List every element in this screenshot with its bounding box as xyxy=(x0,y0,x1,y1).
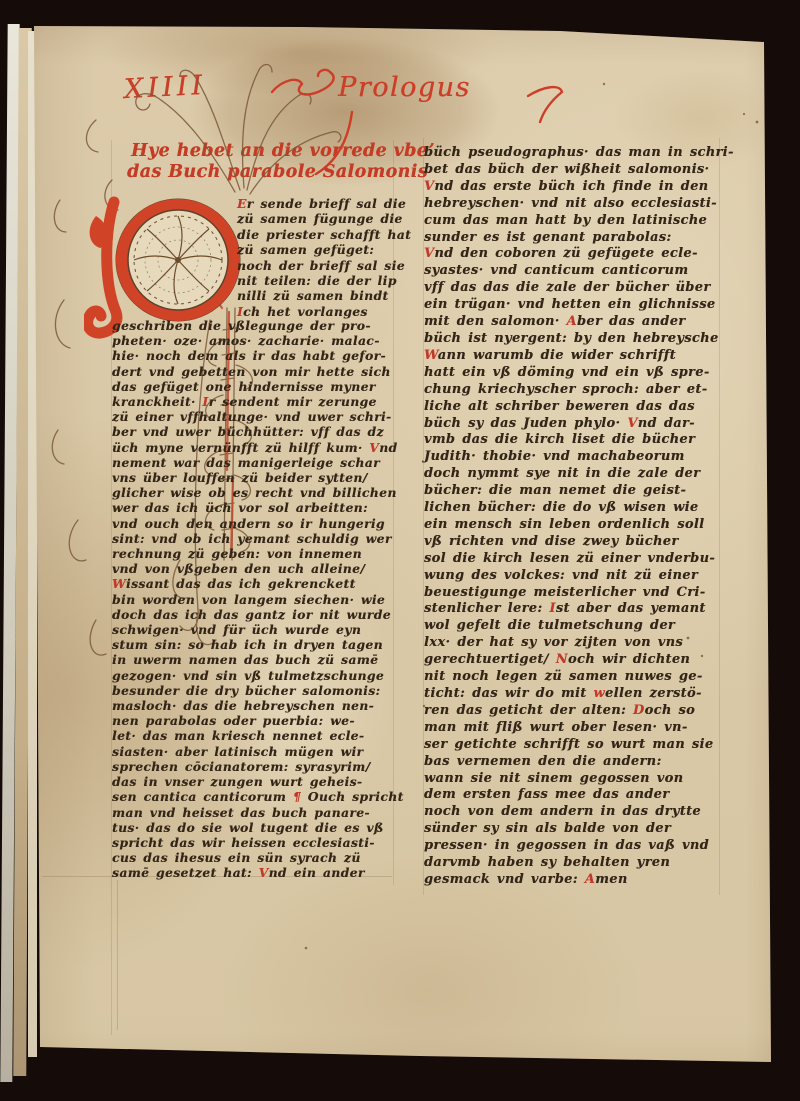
text-line: let· das man kriesch nennet ecle- xyxy=(112,728,394,743)
text-line: Er sende brieff sal die xyxy=(237,196,393,211)
text-line: darvmb haben sy behalten yren xyxy=(424,855,718,872)
text-line: das gefüget one hindernisse myner xyxy=(112,379,394,394)
text-line: Vnd den coboren zü gefügete ecle- xyxy=(424,246,718,263)
rubric-line-2: das Buch parabole Salomonis xyxy=(127,162,428,182)
text-line: nit teilen: die der lip xyxy=(237,273,393,288)
text-line: samē gesetzet hat: Vnd ein ander xyxy=(112,865,394,880)
text-line: man mit fliß wurt ober lesen· vn- xyxy=(424,720,718,737)
text-line: masloch· das die hebreyschen nen- xyxy=(112,698,394,713)
left-column-indented-text: Er sende brieff sal diezü samen fügunge … xyxy=(237,196,393,319)
text-line: zü einer vffhaltunge· vnd uwer schri- xyxy=(112,409,394,424)
photo-background: XIIII Prologus Hye hebet an die vorrede … xyxy=(0,0,800,1101)
text-line: hebreyschen· vnd nit also ecclesiasti- xyxy=(424,196,718,213)
text-line: sunder es ist genant parabolas: xyxy=(424,230,718,247)
text-line: nit noch legen zü samen nuwes ge- xyxy=(424,669,718,686)
text-line: sol die kirch lesen zü einer vnderbu- xyxy=(424,551,718,568)
text-line: nement war das manigerleige schar xyxy=(112,455,394,470)
text-line: büch ist nyergent: by den hebreysche xyxy=(424,331,718,348)
text-line: ser getichte schrifft so wurt man sie xyxy=(424,737,718,754)
text-line: vns über louffen zü beider sytten/ xyxy=(112,470,394,485)
text-line: noch der brieff sal sie xyxy=(237,258,393,273)
text-line: Wann warumb die wider schrifft xyxy=(424,348,718,365)
text-line: man vnd heisset das buch panare- xyxy=(112,805,394,820)
text-line: wann sie nit sinem gegossen von xyxy=(424,771,718,788)
text-line: ein trügan· vnd hetten ein glichnisse xyxy=(424,297,718,314)
page-title: Prologus xyxy=(338,72,471,103)
text-line: ber vnd uwer büchhütter: vff das dz xyxy=(112,424,394,439)
text-line: vnd ouch den andern so ir hungerig xyxy=(112,516,394,531)
text-line: liche alt schriber beweren das das xyxy=(424,399,718,416)
text-line: spricht das wir heissen ecclesiasti- xyxy=(112,835,394,850)
text-line: das in vnser zungen wurt geheis- xyxy=(112,774,394,789)
text-line: vmb das die kirch liset die bücher xyxy=(424,432,718,449)
text-line: stenlicher lere: Ist aber das yemant xyxy=(424,601,718,618)
text-line: pressen· in gegossen in das vaß vnd xyxy=(424,838,718,855)
text-line: stum sin: so hab ich in dryen tagen xyxy=(112,637,394,652)
text-line: vff das das die zale der bücher über xyxy=(424,280,718,297)
text-line: hatt ein vß döming vnd ein vß spre- xyxy=(424,365,718,382)
text-line: hie· noch dem als ir das habt gefor- xyxy=(112,348,394,363)
text-line: ren das geticht der alten: Doch so xyxy=(424,703,718,720)
text-line: vnd von vßgeben den uch alleine/ xyxy=(112,561,394,576)
text-line: bet das büch der wißheit salomonis· xyxy=(424,162,718,179)
text-line: bin worden von langem siechen· wie xyxy=(112,592,394,607)
right-column-text: büch pseudographus· das man in schri-bet… xyxy=(424,145,718,889)
text-line: zü samen gefüget: xyxy=(237,242,393,257)
text-line: zü samen fügunge die xyxy=(237,211,393,226)
text-line: bas vernemen den die andern: xyxy=(424,754,718,771)
text-line: dem ersten fass mee das ander xyxy=(424,787,718,804)
ruling-line xyxy=(117,880,118,1030)
text-line: wung des volckes: vnd nit zü einer xyxy=(424,568,718,585)
text-line: sen cantica canticorum ¶ Ouch spricht xyxy=(112,789,394,804)
text-line: büch pseudographus· das man in schri- xyxy=(424,145,718,162)
rubric-line-1: Hye hebet an die vorrede vbeʼ xyxy=(131,141,435,161)
text-line: kranckheit· Ir sendent mir zerunge xyxy=(112,394,394,409)
text-line: sint: vnd ob ich yemant schuldig wer xyxy=(112,531,394,546)
text-line: Judith· thobie· vnd machabeorum xyxy=(424,449,718,466)
text-line: Wissant das das ich gekrenckett xyxy=(112,576,394,591)
text-line: gerechtuertiget/ Noch wir dichten xyxy=(424,652,718,669)
text-line: büch sy das Juden phylo· Vnd dar- xyxy=(424,416,718,433)
text-line: glicher wise ob es recht vnd billichen xyxy=(112,485,394,500)
text-line: wol gefelt die tulmetschung der xyxy=(424,618,718,635)
text-line: lichen bücher: die do vß wisen wie xyxy=(424,500,718,517)
text-line: üch myne vernünfft zü hilff kum· Vnd xyxy=(112,440,394,455)
text-line: Vnd das erste büch ich finde in den xyxy=(424,179,718,196)
text-line: cus das ihesus ein sün syrach zü xyxy=(112,850,394,865)
text-line: beuestigunge meisterlicher vnd Cri- xyxy=(424,585,718,602)
text-line: ticht: das wir do mit wellen zerstö- xyxy=(424,686,718,703)
text-line: pheten· oze· amos· zacharie· malac- xyxy=(112,333,394,348)
text-line: rechnung zü geben: von innemen xyxy=(112,546,394,561)
text-line: dert vnd gebetten von mir hette sich xyxy=(112,364,394,379)
text-line: bücher: die man nemet die geist- xyxy=(424,483,718,500)
text-line: besunder die dry bücher salomonis: xyxy=(112,683,394,698)
text-line: cum das man hatt by den latinische xyxy=(424,213,718,230)
text-line: in uwerm namen das buch zü samē xyxy=(112,652,394,667)
text-line: nilli zü samen bindt xyxy=(237,288,393,303)
text-line: vß richten vnd dise zwey bücher xyxy=(424,534,718,551)
manuscript-page: XIIII Prologus Hye hebet an die vorrede … xyxy=(0,0,800,1101)
ruling-line xyxy=(719,138,720,895)
text-line: syastes· vnd canticum canticorum xyxy=(424,263,718,280)
text-line: chung kriechyscher sproch: aber et- xyxy=(424,382,718,399)
text-line: wer das ich üch vor sol arbeitten: xyxy=(112,500,394,515)
text-line: noch von dem andern in das drytte xyxy=(424,804,718,821)
text-line: nen parabolas oder puerbia: we- xyxy=(112,713,394,728)
text-line: lxx· der hat sy vor zijten von vns xyxy=(424,635,718,652)
text-line: mit den salomon· Aber das ander xyxy=(424,314,718,331)
text-line: tus· das do sie wol tugent die es vß xyxy=(112,820,394,835)
text-line: siasten· aber latinisch mügen wir xyxy=(112,744,394,759)
left-column-text: geschriben die vßlegunge der pro-pheten·… xyxy=(112,318,394,881)
text-line: ein mensch sin leben ordenlich soll xyxy=(424,517,718,534)
folio-number: XIIII xyxy=(123,70,206,105)
text-line: Ich het vorlanges xyxy=(237,304,393,319)
text-line: geschriben die vßlegunge der pro- xyxy=(112,318,394,333)
text-line: doch nymmt sye nit in die zale der xyxy=(424,466,718,483)
text-line: sünder sy sin als balde von der xyxy=(424,821,718,838)
text-line: doch das ich das gantz ior nit wurde xyxy=(112,607,394,622)
text-line: gezogen· vnd sin vß tulmetzschunge xyxy=(112,668,394,683)
text-line: sprechen cōcianatorem: syrasyrim/ xyxy=(112,759,394,774)
text-line: schwigen· vnd für üch wurde eyn xyxy=(112,622,394,637)
text-line: gesmack vnd varbe: Amen xyxy=(424,872,718,889)
text-line: die priester schafft hat xyxy=(237,227,393,242)
